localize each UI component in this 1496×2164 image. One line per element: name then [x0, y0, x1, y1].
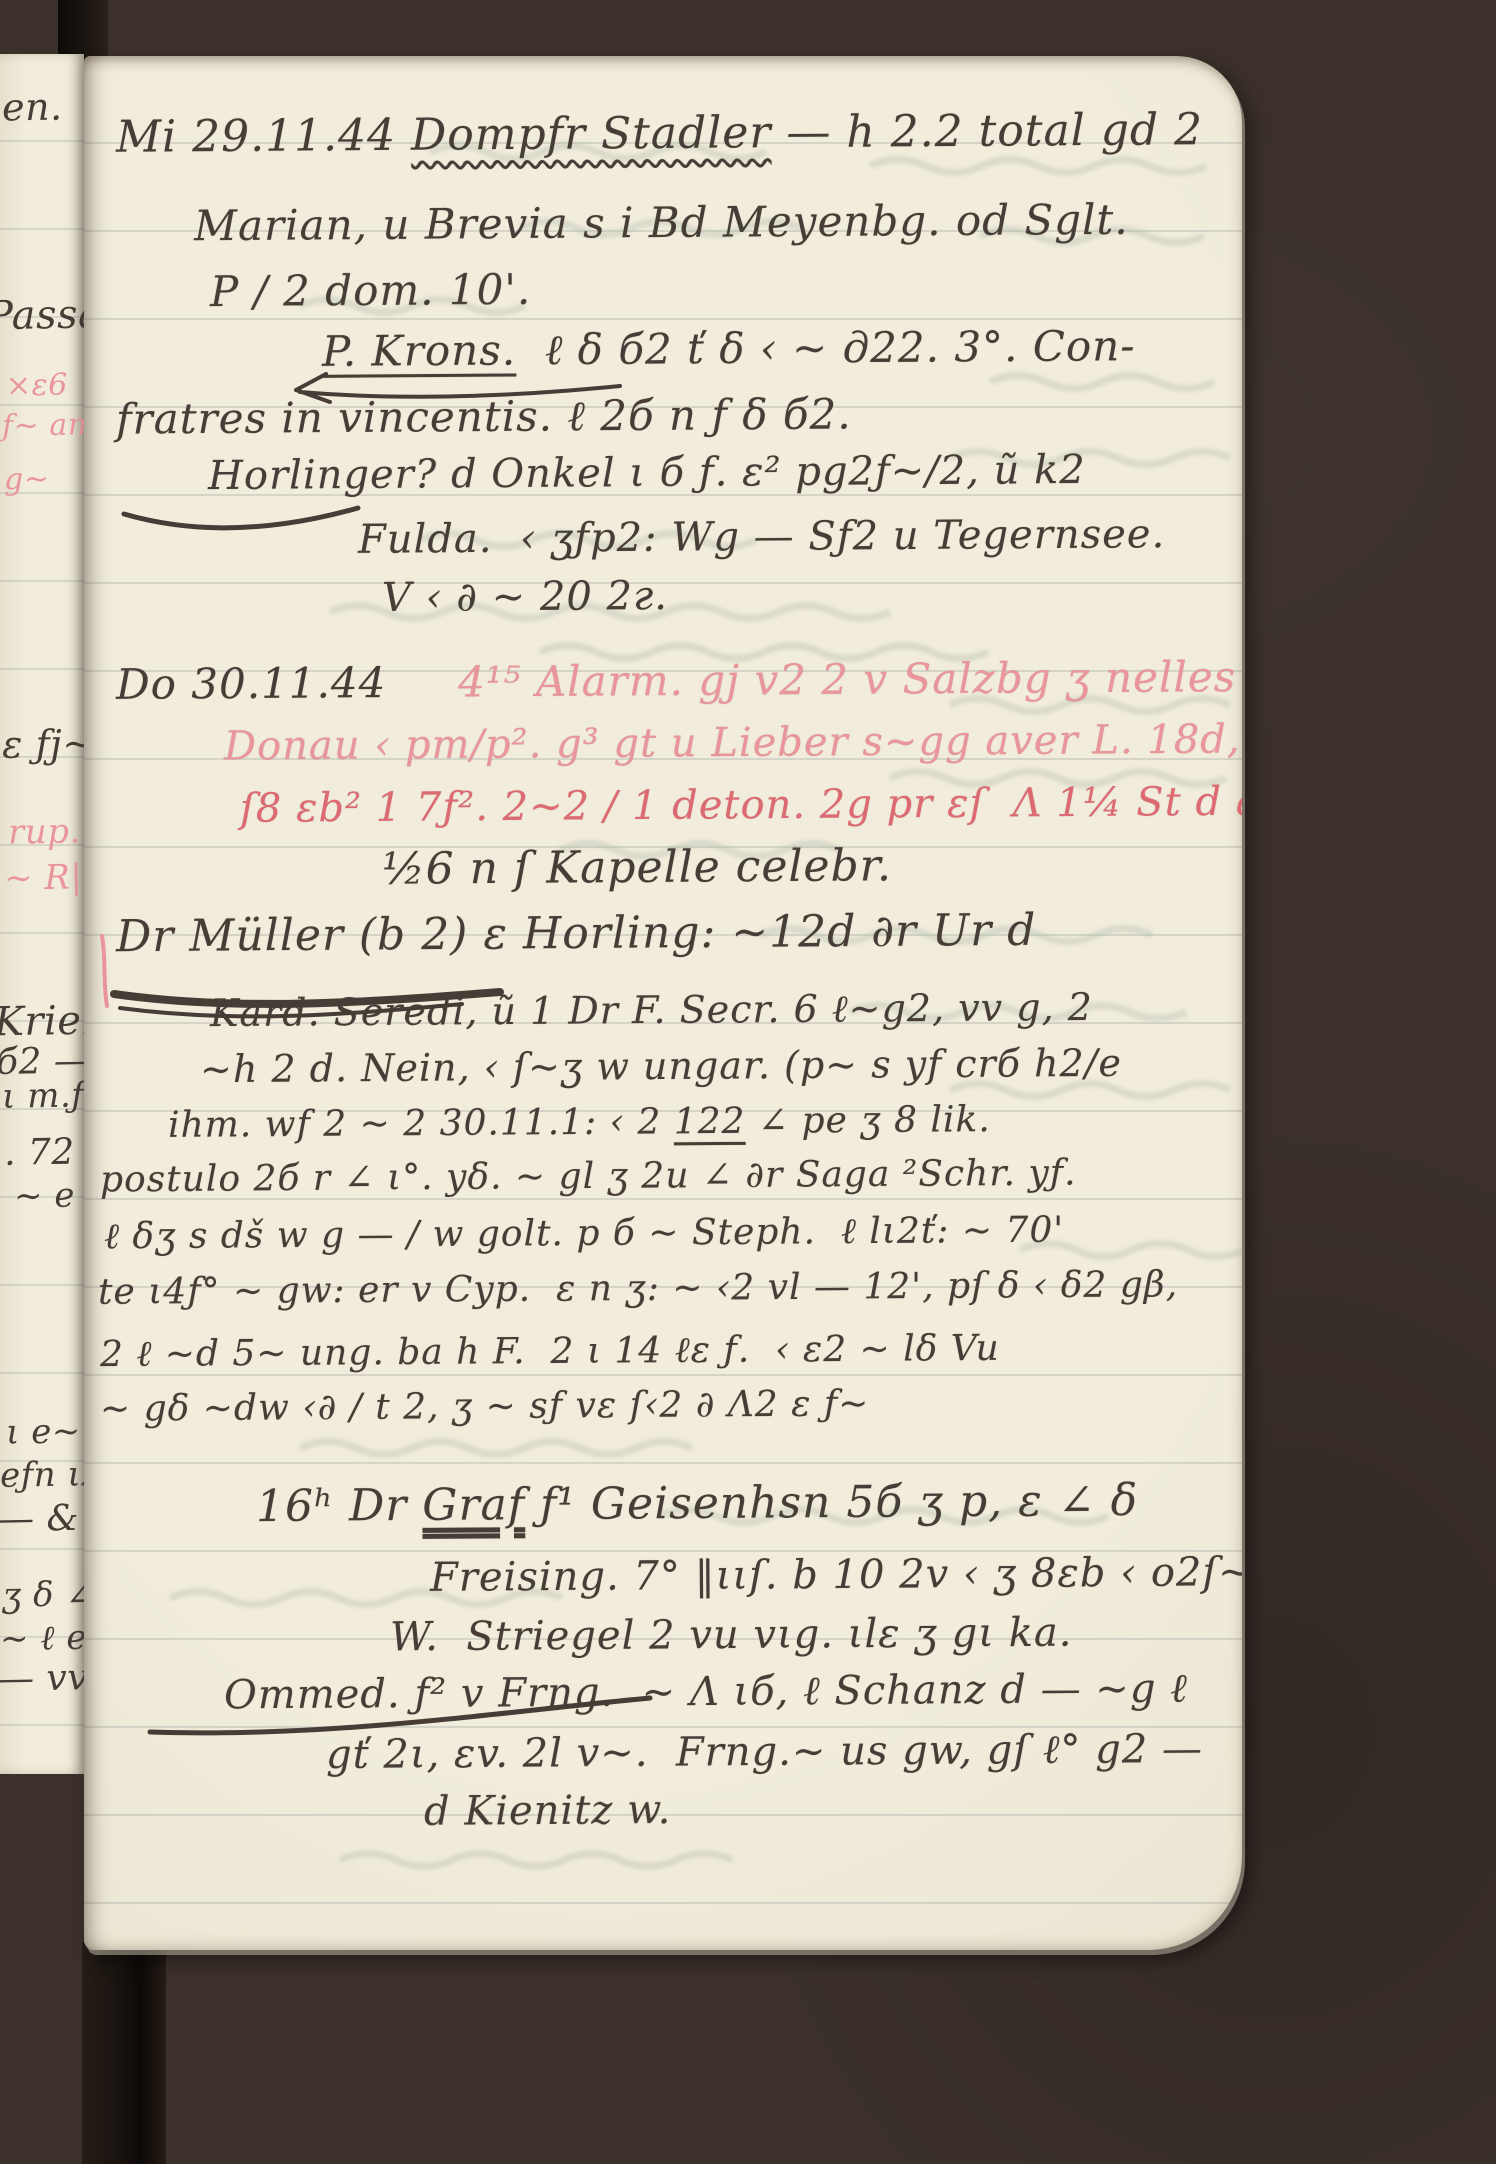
handwriting-line: Do 30.11.44 4¹⁵ Alarm. gj v2 2 v Salzbg …: [116, 652, 1237, 709]
handwriting-segment: ℓ δʒ s dš w g — / w golt. p б ~ Steph. ℓ…: [104, 1210, 1064, 1258]
handwriting-segment: ſ8 εb² 1 7ƒ². 2~2 / 1 deton. 2g pr εſ Λ …: [240, 778, 1242, 832]
page-edge-fragment: ι m.ƒ.: [2, 1075, 84, 1117]
scanned-notebook-photo: en.Passau.×ε6ƒ~ amg~ε ƒj~rup.~ R|Kriebel…: [0, 0, 1496, 2164]
handwriting-line: P. Krons. ℓ δ б2 ť δ ‹ ~ д22. 3°. Con-: [322, 321, 1136, 377]
handwriting-segment: (b 2) ε Horling: ~12d ∂r Ur d: [344, 905, 1037, 961]
handwriting-segment: Kriebel: [0, 997, 84, 1046]
notebook-page: Mi 29.11.44 Dompfr Stadler — h 2.2 total…: [84, 56, 1242, 1950]
handwriting-line: ½6 n ſ Kapelle celebr.: [382, 840, 892, 895]
handwriting-segment: rup.: [8, 811, 81, 852]
page-edge-fragment: en.: [2, 84, 63, 129]
handwriting-segment: ι m.ƒ.: [2, 1075, 84, 1117]
handwriting-segment: ½6 n ſ Kapelle celebr.: [382, 840, 892, 895]
handwriting-line: ℓ δʒ s dš w g — / w golt. p б ~ Steph. ℓ…: [104, 1209, 1064, 1258]
page-edge-fragment: — & W.: [0, 1497, 84, 1540]
handwriting-line: te ι4ƒ° ~ gw: er v Cyp. ε n ʒ: ~ ‹2 vl —…: [98, 1264, 1178, 1313]
page-edge-fragment: Passau.: [0, 291, 84, 340]
handwriting-segment: Ommed. ƒ² v Frng. ~ Λ ιб, ℓ Schanz d — ~…: [224, 1666, 1188, 1719]
handwriting-segment: gť 2ι, εv. 2l v~. Frng.~ us gw, gſ ℓ° g2…: [326, 1726, 1203, 1778]
handwriting-segment: Donau ‹ pm/p². g³ gt u Lieber s~gg aver …: [224, 716, 1241, 769]
handwriting-line: Donau ‹ pm/p². g³ gt u Lieber s~gg aver …: [224, 716, 1241, 769]
handwriting-segment: ƒ¹ Geisenhsn 5б ʒ p, ε ∠ δ: [525, 1475, 1138, 1530]
handwriting-segment: — vv.: [0, 1657, 84, 1700]
page-edge-fragment: eƒn ι2: [0, 1454, 84, 1496]
handwriting-segment: d Kienitz w.: [424, 1787, 672, 1835]
page-edge-fragment: ×ε6: [6, 367, 68, 403]
page-edge-fragment: ʒ δ ∠: [2, 1574, 84, 1616]
handwriting-line: 2 ℓ ~d 5~ ung. ba h F. 2 ι 14 ℓε ƒ. ‹ ε2…: [100, 1327, 1000, 1375]
handwriting-segment: ƒ~ am: [2, 407, 84, 444]
handwriting-segment: 4¹⁵ Alarm. gj v2 2 v Salzbg ʒ nelles: [458, 652, 1236, 706]
handwriting-segment: Do 30.11.44: [116, 658, 458, 709]
handwriting-segment: ~ ℓ e de: [0, 1617, 84, 1659]
handwriting-line: ſ8 εb² 1 7ƒ². 2~2 / 1 deton. 2g pr εſ Λ …: [240, 778, 1242, 832]
handwriting-segment: Kard. Serédi, ũ 1 Dr F. Secr. 6 ℓ~g2, vv…: [210, 985, 1093, 1035]
handwriting-segment: g~: [4, 462, 50, 498]
handwriting-segment: Mi 29.11.44: [116, 110, 411, 163]
page-edge-fragment: — vv.: [0, 1657, 84, 1700]
handwriting-segment: Dompfr Stadler: [411, 107, 772, 161]
handwriting-segment: P / 2 dom. 10'.: [210, 265, 532, 316]
handwriting-segment: Dr Müller: [116, 910, 344, 963]
handwriting-segment: ~h 2 d. Nein, ‹ ſ~ʒ w ungar. (p~ s yf cr…: [200, 1041, 1122, 1091]
handwriting-line: Fulda. ‹ ʒƒp2: Wg — Sƒ2 u Tegernsee.: [358, 511, 1166, 563]
handwriting-segment: ~ e: [14, 1175, 76, 1216]
handwriting-segment: te ι4ƒ° ~ gw: er v Cyp. ε n ʒ: ~ ‹2 vl —…: [98, 1264, 1178, 1313]
handwriting-segment: en.: [2, 84, 63, 129]
handwriting-line: ~ gδ ~dw ‹∂ / t 2, ʒ ~ sƒ vε ſ‹2 ∂ Λ2 ε …: [100, 1383, 870, 1429]
bleed-through-squiggle: [870, 160, 1206, 173]
handwriting-line: Ommed. ƒ² v Frng. ~ Λ ιб, ℓ Schanz d — ~…: [224, 1665, 1188, 1719]
handwriting-line: 16ʰ Dr Graf ƒ¹ Geisenhsn 5б ʒ p, ε ∠ δ: [256, 1475, 1138, 1532]
handwriting-line: W. Striegel 2 vu vιg. ιlε ʒ gι ka.: [390, 1610, 1073, 1661]
handwriting-segment: ∠ pe ʒ 8 lik.: [745, 1099, 991, 1142]
handwriting-segment: 122: [674, 1101, 746, 1142]
handwriting-segment: ~ gδ ~dw ‹∂ / t 2, ʒ ~ sƒ vε ſ‹2 ∂ Λ2 ε …: [100, 1383, 870, 1429]
handwriting-segment: ʒ δ ∠: [2, 1574, 84, 1616]
bleed-through-squiggle: [340, 1854, 732, 1867]
handwriting-segment: 16ʰ Dr: [256, 1480, 423, 1532]
page-edge-fragment: ~ e: [14, 1175, 76, 1216]
page-edge-fragment: Kriebel: [0, 997, 84, 1046]
handwriting-segment: . 72 !: [4, 1131, 84, 1174]
previous-page-edge: en.Passau.×ε6ƒ~ amg~ε ƒj~rup.~ R|Kriebel…: [0, 54, 84, 1774]
handwriting-line: postulo 2б r ∠ ι°. yδ. ~ gl ʒ 2u ∠ ∂r Sa…: [100, 1153, 1077, 1201]
page-edge-fragment: . 72 !: [4, 1131, 84, 1174]
handwriting-line: ihm. wf 2 ~ 2 30.11.1: ‹ 2 122 ∠ pe ʒ 8 …: [168, 1099, 991, 1146]
page-edge-fragment: ~ R|: [4, 857, 83, 898]
bleed-through-squiggle: [300, 1442, 692, 1455]
handwriting-line: Dr Müller (b 2) ε Horling: ~12d ∂r Ur d: [116, 905, 1037, 962]
handwriting-segment: ihm. wf 2 ~ 2 30.11.1: ‹ 2: [168, 1101, 674, 1146]
handwriting-segment: postulo 2б r ∠ ι°. yδ. ~ gl ʒ 2u ∠ ∂r Sa…: [100, 1153, 1077, 1201]
horlinger-flourish: [124, 508, 358, 528]
handwriting-segment: fratres in vincentis. ℓ 2б n ƒ δ б2.: [116, 389, 852, 443]
handwriting-line: Horlinger? d Onkel ι б ƒ. ε² pg2ƒ~/2, ũ …: [208, 447, 1086, 499]
handwriting-segment: ×ε6: [6, 367, 68, 403]
handwriting-segment: ε ƒj~: [2, 721, 84, 767]
handwriting-segment: ~ R|: [4, 857, 83, 898]
handwriting-segment: W. Striegel 2 vu vιg. ιlε ʒ gι ka.: [390, 1610, 1073, 1661]
page-edge-fragment: g~: [4, 462, 50, 498]
page-content-layer: Mi 29.11.44 Dompfr Stadler — h 2.2 total…: [84, 56, 1242, 1950]
handwriting-segment: Marian, u Brevia s i Bd Meyenbg. od Sglt…: [194, 195, 1129, 251]
bleed-through-squiggle: [990, 376, 1214, 389]
page-edge-fragment: rup.: [8, 811, 81, 852]
page-edge-fragment: ~ ℓ e de: [0, 1617, 84, 1659]
handwriting-line: Marian, u Brevia s i Bd Meyenbg. od Sglt…: [194, 195, 1129, 251]
previous-page-fragments: en.Passau.×ε6ƒ~ amg~ε ƒj~rup.~ R|Kriebel…: [0, 54, 84, 1774]
page-edge-fragment: ε ƒj~: [2, 721, 84, 767]
handwriting-segment: V ‹ ∂ ~ 20 2г.: [382, 573, 668, 621]
handwriting-line: d Kienitz w.: [424, 1787, 672, 1835]
handwriting-segment: ι e~: [6, 1411, 81, 1452]
book-spine-bottom: [82, 1942, 166, 2164]
handwriting-line: V ‹ ∂ ~ 20 2г.: [382, 573, 668, 621]
handwriting-segment: — & W.: [0, 1497, 84, 1540]
handwriting-line: fratres in vincentis. ℓ 2б n ƒ δ б2.: [116, 389, 852, 444]
handwriting-segment: Freising. 7° ‖ιιſ. b 10 2v ‹ ʒ 8εb ‹ o2ſ…: [430, 1549, 1242, 1601]
handwriting-line: Kard. Serédi, ũ 1 Dr F. Secr. 6 ℓ~g2, vv…: [210, 985, 1093, 1036]
handwriting-segment: Graf: [422, 1479, 525, 1531]
handwriting-segment: 2 ℓ ~d 5~ ung. ba h F. 2 ι 14 ℓε ƒ. ‹ ε2…: [100, 1328, 1000, 1375]
handwriting-line: P / 2 dom. 10'.: [210, 265, 532, 316]
red-margin-mark: [102, 936, 107, 1006]
handwriting-segment: P. Krons.: [322, 325, 516, 375]
handwriting-segment: — h 2.2 total gd 2: [771, 104, 1203, 158]
handwriting-segment: Fulda. ‹ ʒƒp2: Wg — Sƒ2 u Tegernsee.: [358, 511, 1166, 563]
handwriting-line: Mi 29.11.44 Dompfr Stadler — h 2.2 total…: [116, 104, 1203, 163]
handwriting-segment: Passau.: [0, 291, 84, 340]
page-edge-fragment: ι e~: [6, 1411, 81, 1452]
handwriting-segment: Horlinger? d Onkel ι б ƒ. ε² pg2ƒ~/2, ũ …: [208, 447, 1086, 499]
page-edge-fragment: ƒ~ am: [2, 407, 84, 444]
handwriting-segment: eƒn ι2: [0, 1454, 84, 1496]
handwriting-segment: ℓ δ б2 ť δ ‹ ~ д22. 3°. Con-: [516, 321, 1136, 374]
handwriting-line: gť 2ι, εv. 2l v~. Frng.~ us gw, gſ ℓ° g2…: [326, 1725, 1203, 1778]
handwriting-line: Freising. 7° ‖ιιſ. b 10 2v ‹ ʒ 8εb ‹ o2ſ…: [430, 1549, 1242, 1601]
handwriting-line: ~h 2 d. Nein, ‹ ſ~ʒ w ungar. (p~ s yf cr…: [200, 1041, 1122, 1091]
